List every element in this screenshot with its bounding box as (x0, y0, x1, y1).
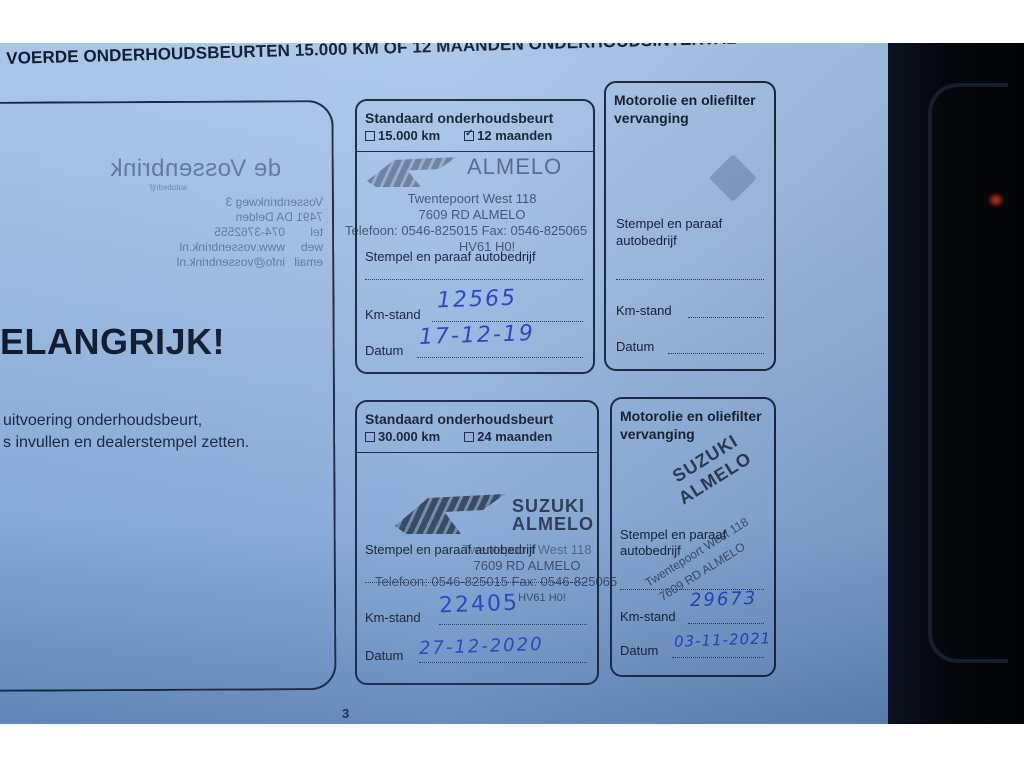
oil-change-box-2: Motorolie en oliefilter vervanging SUZUK… (610, 397, 776, 677)
page-header: VOERDE ONDERHOUDSBEURTEN 15.000 KM OF 12… (6, 43, 766, 69)
date-value[interactable]: 27-12-2020 (419, 634, 544, 659)
mirrored-dealer-info: Vossenbrinkweg 3 7491 DA Delden tel 074-… (175, 195, 323, 270)
stamp-brand-2: ALMELO (512, 516, 594, 532)
stamp-brand-1: SUZUKI (512, 498, 585, 514)
date-line[interactable] (668, 353, 764, 354)
instruction-line-2: s invullen en dealerstempel zetten. (3, 432, 249, 454)
service-title: Standaard onderhoudsbeurt (357, 402, 597, 428)
stamp-street: Twentepoort West 118 (457, 542, 597, 558)
divider (357, 452, 597, 453)
km-label: Km-stand (365, 610, 421, 625)
oil-change-title: Motorolie en oliefilter vervanging (612, 399, 772, 443)
date-label: Datum (620, 643, 658, 658)
date-line[interactable] (417, 357, 583, 358)
date-label: Datum (365, 648, 403, 663)
check-km-label: 15.000 km (378, 128, 440, 143)
km-label: Km-stand (365, 307, 421, 322)
page-number: 3 (342, 706, 349, 721)
service-box-15000: Standaard onderhoudsbeurt 15.000 km 12 m… (355, 99, 595, 374)
stamp-label: Stempel en paraaf autobedrijf (365, 249, 536, 264)
mirrored-web-label: web (295, 240, 323, 255)
checkbox-checked-icon[interactable] (464, 131, 474, 141)
dealer-logo-stamp (395, 494, 505, 534)
km-line[interactable] (688, 317, 764, 318)
check-months-label: 24 maanden (477, 429, 552, 444)
signature-line[interactable] (616, 279, 764, 280)
check-months[interactable]: 12 maanden (464, 128, 552, 143)
mirrored-tel-label: tel (295, 225, 323, 240)
important-heading: ELANGRIJK! (0, 321, 225, 363)
stamp-phone: Telefoon: 0546-825015 Fax: 0546-825065 (375, 574, 635, 590)
suzuki-logo-icon (709, 154, 757, 202)
mirrored-email-row: email info@vossenbrink.nl (175, 255, 323, 270)
check-km[interactable]: 30.000 km (365, 429, 440, 444)
mirrored-web: www.vossenbrink.nl (180, 240, 285, 255)
instruction-line-1: uitvoering onderhoudsbeurt, (3, 410, 249, 432)
dealer-logo-stamp (367, 157, 457, 187)
check-km-label: 30.000 km (378, 429, 440, 444)
service-title: Standaard onderhoudsbeurt (357, 101, 593, 127)
km-value[interactable]: 29673 (690, 588, 758, 611)
stamp-city: 7609 RD ALMELO (457, 558, 597, 574)
mirrored-dealer-logo: de Vossenbrink (110, 155, 281, 183)
km-line[interactable] (688, 623, 764, 624)
km-line[interactable] (439, 624, 587, 625)
signature-line[interactable] (365, 279, 583, 280)
stamp-label: Stempel en paraaf autobedrijf (616, 215, 766, 249)
date-label: Datum (365, 343, 403, 358)
service-box-30000: Standaard onderhoudsbeurt 30.000 km 24 m… (355, 400, 599, 685)
stamp-brand: ALMELO (467, 159, 562, 175)
check-months-label: 12 maanden (477, 128, 552, 143)
mirrored-address-2: 7491 DA Delden (175, 210, 323, 225)
device-bezel (928, 83, 1008, 663)
date-label: Datum (616, 339, 654, 354)
oil-change-box-1: Motorolie en oliefilter vervanging Stemp… (604, 81, 776, 371)
check-km[interactable]: 15.000 km (365, 128, 440, 143)
mirrored-email-label: email (295, 255, 323, 270)
checkbox-icon[interactable] (464, 432, 474, 442)
instructions: uitvoering onderhoudsbeurt, s invullen e… (3, 410, 249, 454)
checkbox-icon[interactable] (365, 131, 375, 141)
km-value[interactable]: 22405 (439, 591, 520, 619)
mirrored-email: info@vossenbrink.nl (177, 255, 285, 270)
booklet-page: VOERDE ONDERHOUDSBEURTEN 15.000 KM OF 12… (0, 43, 888, 724)
date-line[interactable] (672, 657, 764, 658)
oil-change-title: Motorolie en oliefilter vervanging (606, 83, 766, 127)
service-checks: 30.000 km 24 maanden (357, 429, 597, 444)
device-background (888, 43, 1024, 724)
service-checks: 15.000 km 12 maanden (357, 128, 593, 143)
date-value[interactable]: 03-11-2021 (674, 629, 772, 650)
mirrored-tel-row: tel 074-3762555 (175, 225, 323, 240)
km-value[interactable]: 12565 (437, 286, 518, 314)
stamp-city: 7609 RD ALMELO (407, 207, 537, 223)
red-indicator-light-icon (990, 195, 1002, 205)
date-value[interactable]: 17-12-19 (419, 321, 536, 350)
photo: VOERDE ONDERHOUDSBEURTEN 15.000 KM OF 12… (0, 43, 1024, 724)
checkbox-icon[interactable] (365, 432, 375, 442)
mirrored-web-row: web www.vossenbrink.nl (175, 240, 323, 255)
date-line[interactable] (419, 662, 587, 663)
stamp-phone: Telefoon: 0546-825015 Fax: 0546-825065 (345, 223, 625, 239)
stamp-street: Twentepoort West 118 (407, 191, 537, 207)
km-label: Km-stand (620, 609, 676, 624)
mirrored-dealer-subtitle: autobedrijf (150, 183, 187, 192)
mirrored-tel: 074-3762555 (214, 225, 285, 240)
mirrored-address-1: Vossenbrinkweg 3 (175, 195, 323, 210)
km-label: Km-stand (616, 303, 672, 318)
divider (357, 151, 593, 152)
check-months[interactable]: 24 maanden (464, 429, 552, 444)
